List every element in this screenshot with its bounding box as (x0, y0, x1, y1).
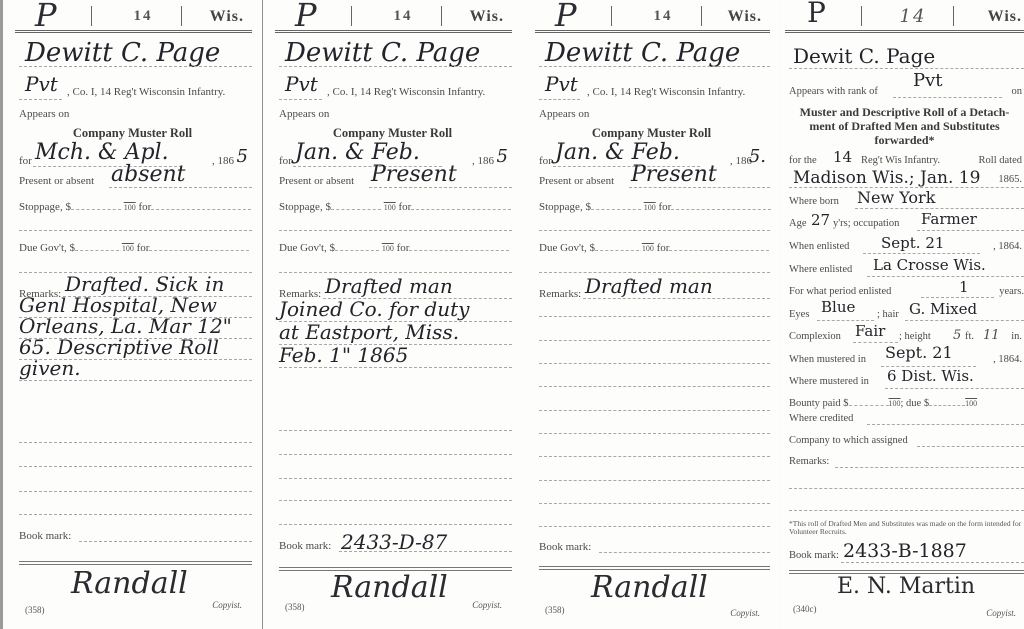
due-govt-label: Due Gov't, $ 100 for (279, 242, 509, 254)
rule-line (279, 230, 512, 231)
period-label: For what period enlisted (789, 286, 891, 297)
rule-line (855, 208, 1024, 209)
eyes-value: Blue (821, 298, 855, 316)
when-enlisted-label: When enlisted (789, 241, 849, 252)
card-header: P 14 Wis. (275, 0, 512, 32)
regiment-number: 14 (873, 6, 953, 27)
rule-line (817, 320, 874, 321)
rule-line (835, 467, 1024, 468)
where-mustered-value: 6 Dist. Wis. (887, 367, 974, 385)
state-abbrev: Wis. (210, 8, 244, 26)
remarks-line: at Eastport, Miss. (279, 320, 459, 344)
copyist-label: Copyist. (472, 600, 502, 610)
rule-line (867, 276, 1024, 277)
card-header: P 14 Wis. (15, 0, 252, 32)
mustered-in-label: When mustered in (789, 354, 866, 365)
feet-label: ft. (965, 331, 974, 342)
height-feet: 5 (953, 328, 961, 343)
for-label: for (19, 155, 32, 167)
header-divider (701, 6, 702, 26)
copyist-label: Copyist. (212, 600, 242, 610)
regiment-text: Reg't Wis Infantry. (861, 155, 940, 166)
rule-line (885, 388, 1024, 389)
unit-text: , Co. I, 14 Reg't Wisconsin Infantry. (67, 86, 225, 98)
form-number: (340c) (793, 604, 817, 614)
year-prefix: , 186 (212, 155, 234, 167)
copyist-signature: Randall (71, 566, 188, 601)
rule-line (583, 298, 770, 299)
roll-title: Company Muster Roll (3, 126, 262, 141)
form-number: (358) (545, 605, 565, 615)
signature-rule (19, 561, 252, 565)
rule-line (539, 456, 770, 457)
rule-line (79, 541, 252, 542)
hair-label: ; hair (877, 309, 899, 320)
rank-value: Pvt (285, 72, 318, 96)
remarks-line: Drafted man (585, 274, 713, 298)
bounty-cents: 100 (889, 399, 901, 408)
inches-label: in. (1011, 331, 1022, 342)
soldier-name: Dewitt C. Page (25, 38, 220, 68)
copyist-signature: E. N. Martin (837, 574, 975, 599)
present-absent-value: Present (631, 162, 717, 187)
complexion-label: Complexion (789, 331, 841, 342)
header-rule (15, 30, 252, 33)
roll-title: Muster and Descriptive Roll of a Detach-… (785, 105, 1024, 147)
bookmark-label: Book mark: (279, 540, 331, 552)
due-cents: 100 (965, 399, 977, 408)
rule-line (19, 466, 252, 467)
appears-on-label: Appears on (539, 108, 589, 120)
company-assigned-label: Company to which assigned (789, 435, 908, 446)
header-rule (275, 30, 512, 33)
rule-line (109, 187, 252, 188)
rule-line (369, 187, 512, 188)
unit-text: , Co. I, 14 Reg't Wisconsin Infantry. (587, 86, 745, 98)
remarks-line: Joined Co. for duty (279, 297, 469, 321)
bookmark-label: Book mark: (19, 530, 71, 542)
rule-line (279, 430, 512, 431)
present-absent-label: Present or absent (539, 175, 614, 187)
on-label: on (1012, 86, 1023, 97)
rule-line (279, 367, 512, 368)
due-label: ; due $ (901, 398, 930, 409)
header-divider (181, 6, 182, 26)
rule-line (893, 97, 1002, 98)
bookmark-label: Book mark: (539, 541, 591, 553)
surname-initial: P (807, 0, 826, 29)
footnote: *This roll of Drafted Men and Substitute… (789, 520, 1024, 536)
rule-line (539, 433, 770, 434)
rule-line (539, 340, 770, 341)
soldier-name: Dewit C. Page (793, 44, 935, 68)
rule-line (863, 253, 980, 254)
rule-line (539, 99, 580, 100)
period-value: 1 (959, 278, 969, 296)
rule-line (279, 66, 512, 67)
rule-line (339, 551, 512, 552)
roll-title-line: Muster and Descriptive Roll of a Detach- (785, 105, 1024, 119)
rule-line (279, 500, 512, 501)
regiment-number: 14 (363, 8, 443, 25)
roll-title-line: forwarded* (785, 133, 1024, 147)
rule-line (19, 230, 252, 231)
rank-label: Appears with rank of (789, 86, 878, 97)
rule-line (789, 488, 1024, 489)
where-mustered-label: Where mustered in (789, 376, 869, 387)
roll-dated-label: Roll dated (979, 155, 1022, 166)
due-govt-label: Due Gov't, $ 100 for (19, 242, 249, 254)
copyist-signature: Randall (591, 570, 708, 605)
stoppage-label: Stoppage, $ 100 for (279, 201, 511, 213)
year-prefix: , 186 (472, 155, 494, 167)
header-divider (861, 6, 862, 26)
rule-line (539, 503, 770, 504)
state-abbrev: Wis. (728, 8, 762, 26)
when-enlisted-year: , 1864. (993, 241, 1022, 252)
present-absent-value: Present (371, 162, 457, 187)
rule-line (917, 446, 1024, 447)
when-enlisted-value: Sept. 21 (881, 234, 944, 252)
header-rule (535, 30, 770, 33)
muster-roll-card: P 14 Wis. Dewitt C. Page Pvt , Co. I, 14… (523, 0, 780, 629)
complexion-value: Fair (855, 322, 885, 340)
bounty-paid-label: Bounty paid $ (789, 398, 849, 409)
height-label: ; height (899, 331, 931, 342)
copyist-signature: Randall (331, 570, 448, 605)
roll-title-line: ment of Drafted Men and Substitutes (785, 119, 1024, 133)
for-the-label: for the (789, 155, 817, 166)
rank-value: Pvt (25, 72, 58, 96)
rule-line (279, 99, 322, 100)
bookmark-value: 2433-B-1887 (843, 540, 967, 562)
hair-value: G. Mixed (909, 300, 977, 318)
rule-line (279, 454, 512, 455)
rule-line (539, 363, 770, 364)
rule-line (539, 526, 770, 527)
header-divider (611, 6, 612, 26)
copyist-label: Copyist. (730, 608, 760, 618)
appears-on-label: Appears on (19, 108, 69, 120)
roll-dated-year: 1865. (998, 174, 1022, 185)
state-abbrev: Wis. (470, 8, 504, 26)
rule-line (789, 510, 1024, 511)
rule-line (19, 99, 62, 100)
rule-line (19, 442, 252, 443)
rule-line (841, 562, 1024, 563)
rule-line (917, 230, 1024, 231)
rule-line (599, 552, 770, 553)
bookmark-label: Book mark: (789, 550, 839, 561)
rule-line (921, 297, 994, 298)
rank-value: Pvt (545, 72, 578, 96)
years-label: years. (999, 286, 1024, 297)
rule-line (867, 424, 1024, 425)
occupation-label: y'rs; occupation (833, 218, 899, 229)
soldier-name: Dewitt C. Page (285, 38, 480, 68)
due-govt-label: Due Gov't, $ 100 for (539, 242, 769, 254)
surname-initial: P (295, 0, 317, 34)
regiment-number: 14 (103, 8, 183, 25)
state-abbrev: Wis. (988, 8, 1022, 26)
rule-line (539, 480, 770, 481)
present-absent-label: Present or absent (279, 175, 354, 187)
header-rule (785, 30, 1024, 33)
soldier-name: Dewitt C. Page (545, 38, 740, 68)
roll-dated-value: Madison Wis.; Jan. 19 (793, 168, 980, 188)
appears-on-label: Appears on (279, 108, 329, 120)
surname-initial: P (35, 0, 57, 34)
roll-title: Company Muster Roll (263, 126, 522, 141)
remarks-line: Drafted man (325, 274, 453, 298)
header-divider (441, 6, 442, 26)
rule-line (19, 491, 252, 492)
rule-line (539, 316, 770, 317)
header-divider (953, 6, 954, 26)
age-label: Age (789, 218, 807, 229)
unit-text: , Co. I, 14 Reg't Wisconsin Infantry. (327, 86, 485, 98)
rule-line (539, 230, 770, 231)
for-label: for (539, 155, 552, 167)
mustered-in-value: Sept. 21 (885, 343, 953, 362)
rule-line (539, 272, 770, 273)
rule-line (539, 66, 770, 67)
present-absent-value: absent (111, 162, 186, 187)
occupation-value: Farmer (921, 210, 977, 228)
copyist-label: Copyist. (986, 608, 1016, 618)
year-suffix: 5 (497, 146, 508, 167)
eyes-label: Eyes (789, 309, 809, 320)
rule-line (905, 320, 1024, 321)
rule-line (629, 187, 770, 188)
where-enlisted-label: Where enlisted (789, 264, 852, 275)
stoppage-label: Stoppage, $ 100 for (19, 201, 251, 213)
where-enlisted-value: La Crosse Wis. (873, 256, 986, 274)
remarks-line: given. (19, 356, 81, 380)
year-suffix: 5. (749, 146, 766, 167)
card-header: P 14 Wis. (535, 0, 770, 32)
rule-line (279, 524, 512, 525)
rule-line (19, 66, 252, 67)
age-value: 27 (811, 211, 830, 229)
rule-line (19, 380, 252, 381)
form-number: (358) (285, 602, 305, 612)
muster-roll-card: P 14 Wis. Dewitt C. Page Pvt , Co. I, 14… (263, 0, 522, 629)
where-born-value: New York (857, 188, 935, 207)
rule-line (539, 386, 770, 387)
present-absent-label: Present or absent (19, 175, 94, 187)
descriptive-roll-card: P 14 Wis. Dewit C. Page Appears with ran… (781, 0, 1024, 629)
form-number: (358) (25, 605, 45, 615)
roll-title: Company Muster Roll (523, 126, 780, 141)
rule-line (19, 514, 252, 515)
rule-line (279, 272, 512, 273)
rule-line (279, 478, 512, 479)
surname-initial: P (555, 0, 577, 34)
remarks-line: Feb. 1" 1865 (279, 343, 408, 367)
mustered-in-year: , 1864. (993, 354, 1022, 365)
header-divider (351, 6, 352, 26)
rank-value: Pvt (913, 70, 943, 91)
height-inches: 11 (983, 328, 1000, 343)
remarks-label: Remarks: (539, 288, 581, 300)
stoppage-label: Stoppage, $ 100 for (539, 201, 771, 213)
regiment-value: 14 (833, 148, 852, 166)
muster-roll-card: P 14 Wis. Dewitt C. Page Pvt , Co. I, 14… (0, 0, 262, 629)
bounty-label: Bounty paid $100; due $100 (789, 398, 977, 409)
regiment-number: 14 (623, 8, 703, 25)
card-header: P 14 Wis. (785, 0, 1024, 32)
rule-line (539, 410, 770, 411)
for-label: for (279, 155, 292, 167)
where-born-label: Where born (789, 196, 839, 207)
year-suffix: 5 (237, 146, 248, 167)
rule-line (789, 68, 1024, 69)
header-divider (91, 6, 92, 26)
remarks-label: Remarks: (789, 456, 829, 467)
where-credited-label: Where credited (789, 413, 853, 424)
